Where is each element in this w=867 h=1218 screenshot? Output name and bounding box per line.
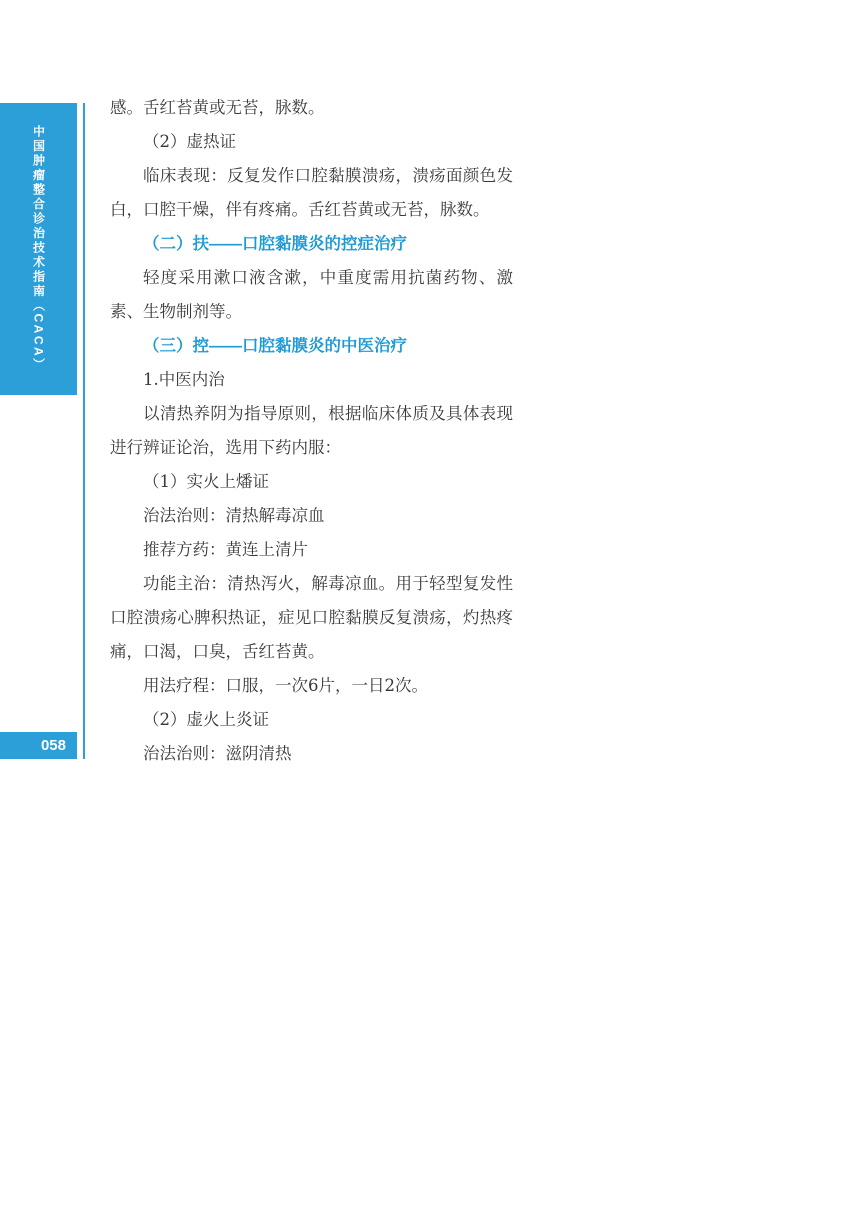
- paragraph: 治法治则：滋阴清热: [110, 737, 513, 771]
- paragraph: （1）实火上燔证: [110, 465, 513, 499]
- paragraph: 感。舌红苔黄或无苔，脉数。: [110, 91, 513, 125]
- section-heading: （三）控——口腔黏膜炎的中医治疗: [110, 329, 513, 363]
- section-heading: （二）扶——口腔黏膜炎的控症治疗: [110, 227, 513, 261]
- paragraph: 1.中医内治: [110, 363, 513, 397]
- paragraph: （2）虚火上炎证: [110, 703, 513, 737]
- sidebar-divider-line: [83, 103, 85, 759]
- sidebar-book-title: 中国肿瘤整合诊治技术指南（CACA）: [33, 125, 45, 373]
- paragraph: 功能主治：清热泻火，解毒凉血。用于轻型复发性口腔溃疡心脾积热证，症见口腔黏膜反复…: [110, 567, 513, 669]
- paragraph: 轻度采用漱口液含漱，中重度需用抗菌药物、激素、生物制剂等。: [110, 261, 513, 329]
- paragraph: 推荐方药：黄连上清片: [110, 533, 513, 567]
- paragraph: （2）虚热证: [110, 125, 513, 159]
- page-number-badge: 058: [0, 732, 77, 759]
- page-number: 058: [41, 737, 66, 754]
- text-column: 感。舌红苔黄或无苔，脉数。（2）虚热证临床表现：反复发作口腔黏膜溃疡，溃疡面颜色…: [110, 91, 513, 771]
- paragraph: 以清热养阴为指导原则，根据临床体质及具体表现进行辨证论治，选用下药内服：: [110, 397, 513, 465]
- paragraph: 治法治则：清热解毒凉血: [110, 499, 513, 533]
- document-page: 中国肿瘤整合诊治技术指南（CACA） 058 感。舌红苔黄或无苔，脉数。（2）虚…: [0, 0, 867, 1218]
- sidebar-title-band: 中国肿瘤整合诊治技术指南（CACA）: [0, 103, 77, 395]
- paragraph: 临床表现：反复发作口腔黏膜溃疡，溃疡面颜色发白，口腔干燥，伴有疼痛。舌红苔黄或无…: [110, 159, 513, 227]
- paragraph: 用法疗程：口服，一次6片，一日2次。: [110, 669, 513, 703]
